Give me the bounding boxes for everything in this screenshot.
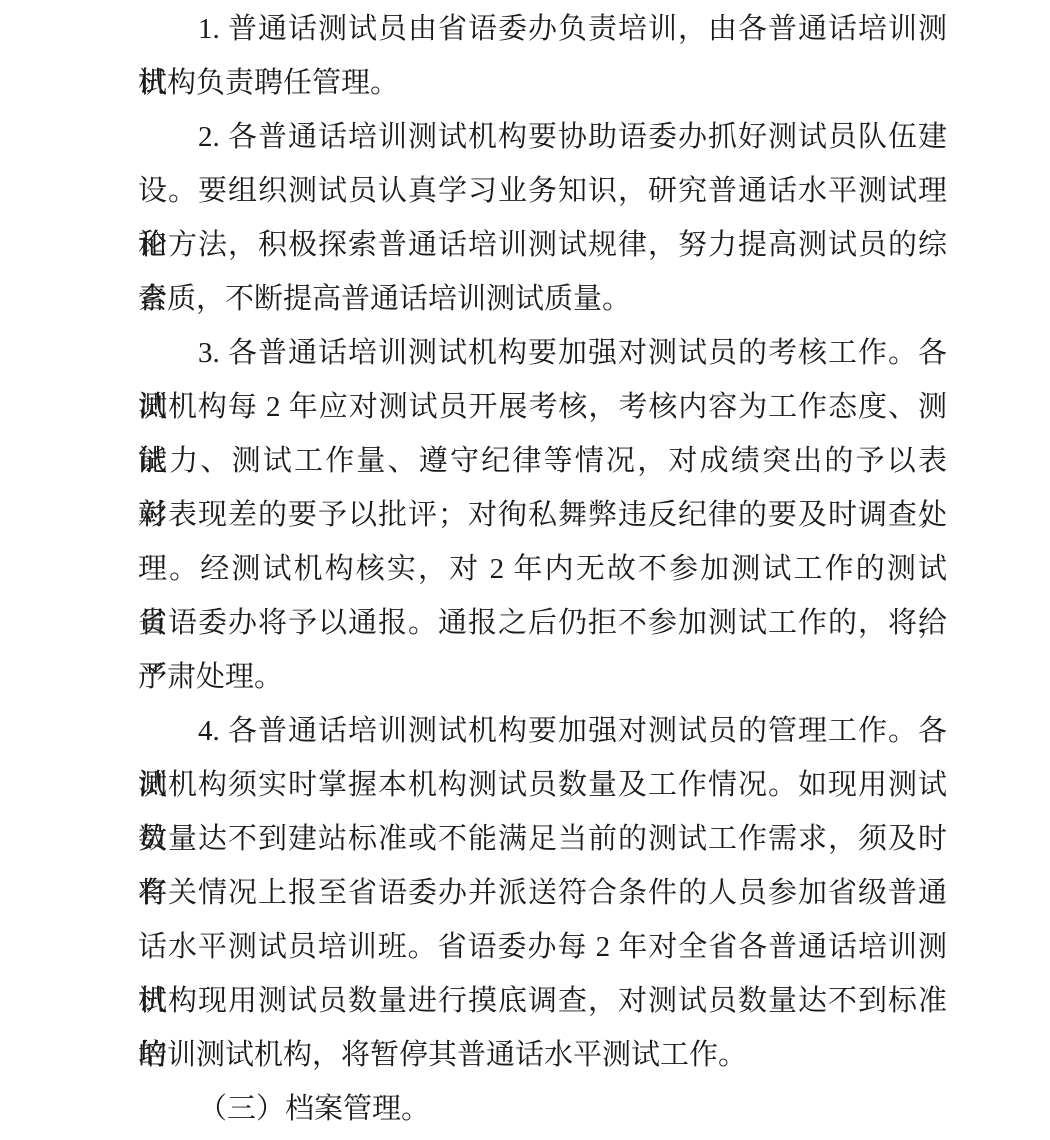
paragraph-1-line: 机构负责聘任管理。 <box>138 56 947 110</box>
paragraph-1-line: 1. 普通话测试员由省语委办负责培训，由各普通话培训测试 <box>138 2 947 56</box>
paragraph-3-line: 省语委办将予以通报。通报之后仍拒不参加测试工作的，将给予 <box>138 596 947 650</box>
document-text-block: 1. 普通话测试员由省语委办负责培训，由各普通话培训测试 机构负责聘任管理。 2… <box>138 2 947 1136</box>
document-page: 1. 普通话测试员由省语委办负责培训，由各普通话培训测试 机构负责聘任管理。 2… <box>0 0 1050 1140</box>
paragraph-4-line: 4. 各普通话培训测试机构要加强对测试员的管理工作。各测 <box>138 704 947 758</box>
paragraph-2-line: 素质，不断提高普通话培训测试质量。 <box>138 272 947 326</box>
section-heading-archive-management: （三）档案管理。 <box>138 1082 947 1136</box>
paragraph-3-line: 3. 各普通话培训测试机构要加强对测试员的考核工作。各测 <box>138 326 947 380</box>
paragraph-4-line: 话水平测试员培训班。省语委办每 2 年对全省各普通话培训测试 <box>138 920 947 974</box>
paragraph-4-line: 数量达不到建站标准或不能满足当前的测试工作需求，须及时将 <box>138 812 947 866</box>
paragraph-4-line: 有关情况上报至省语委办并派送符合条件的人员参加省级普通 <box>138 866 947 920</box>
paragraph-2-line: 设。要组织测试员认真学习业务知识，研究普通话水平测试理论 <box>138 164 947 218</box>
paragraph-3-line: 严肃处理。 <box>138 650 947 704</box>
paragraph-3-line: 对表现差的要予以批评；对徇私舞弊违反纪律的要及时调查处 <box>138 488 947 542</box>
paragraph-2-line: 和方法，积极探索普通话培训测试规律，努力提高测试员的综合 <box>138 218 947 272</box>
paragraph-3-line: 试机构每 2 年应对测试员开展考核，考核内容为工作态度、测试 <box>138 380 947 434</box>
paragraph-3-line: 能力、测试工作量、遵守纪律等情况，对成绩突出的予以表彰； <box>138 434 947 488</box>
paragraph-4-line: 机构现用测试员数量进行摸底调查，对测试员数量达不到标准的 <box>138 974 947 1028</box>
paragraph-4-line: 试机构须实时掌握本机构测试员数量及工作情况。如现用测试员 <box>138 758 947 812</box>
paragraph-4-line: 培训测试机构，将暂停其普通话水平测试工作。 <box>138 1028 947 1082</box>
paragraph-3-line: 理。经测试机构核实，对 2 年内无故不参加测试工作的测试员， <box>138 542 947 596</box>
paragraph-2-line: 2. 各普通话培训测试机构要协助语委办抓好测试员队伍建 <box>138 110 947 164</box>
